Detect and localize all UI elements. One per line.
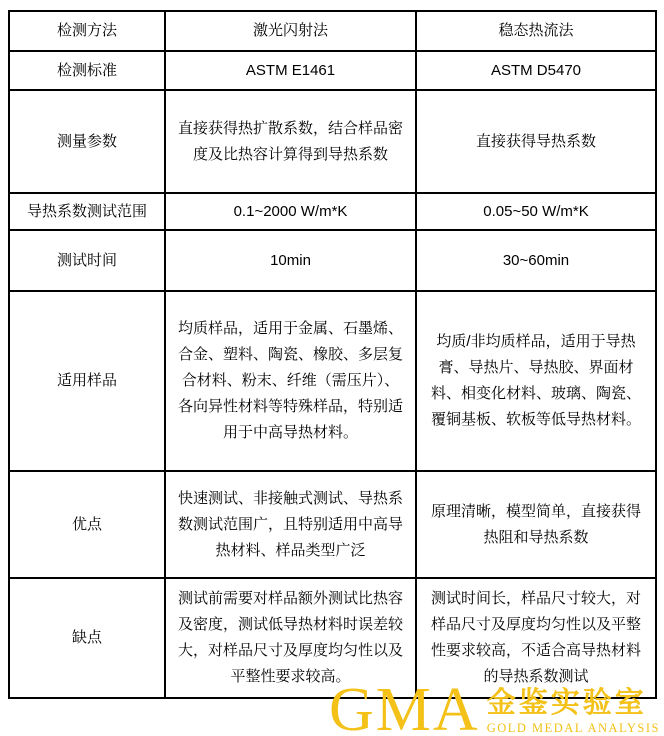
table-row-applicable-samples: 适用样品 均质样品，适用于金属、石墨烯、合金、塑料、陶瓷、橡胶、多层复合材料、粉… xyxy=(9,291,656,471)
row-label-measured-parameters: 测量参数 xyxy=(9,90,165,193)
row-label-applicable-samples: 适用样品 xyxy=(9,291,165,471)
cell-laser-flash-time: 10min xyxy=(165,230,416,291)
cell-steady-state-samples: 均质/非均质样品，适用于导热膏、导热片、导热胶、界面材料、相变化材料、玻璃、陶瓷… xyxy=(416,291,656,471)
cell-laser-flash-standard: ASTM E1461 xyxy=(165,51,416,90)
cell-laser-flash-parameters: 直接获得热扩散系数，结合样品密度及比热容计算得到导热系数 xyxy=(165,90,416,193)
row-label-detection-standard: 检测标准 xyxy=(9,51,165,90)
cell-laser-flash-method-name: 激光闪射法 xyxy=(165,11,416,51)
row-label-test-time: 测试时间 xyxy=(9,230,165,291)
thermal-test-method-comparison-table: 检测方法 激光闪射法 稳态热流法 检测标准 ASTM E1461 ASTM D5… xyxy=(8,10,657,699)
table-row-detection-method: 检测方法 激光闪射法 稳态热流法 xyxy=(9,11,656,51)
row-label-detection-method: 检测方法 xyxy=(9,11,165,51)
gma-logo-wordmark: 金鉴实验室 GOLD MEDAL ANALYSIS xyxy=(487,689,660,735)
cell-laser-flash-range: 0.1~2000 W/m*K xyxy=(165,193,416,230)
table-row-conductivity-range: 导热系数测试范围 0.1~2000 W/m*K 0.05~50 W/m*K xyxy=(9,193,656,230)
cell-steady-state-parameters: 直接获得导热系数 xyxy=(416,90,656,193)
cell-steady-state-standard: ASTM D5470 xyxy=(416,51,656,90)
cell-laser-flash-advantages: 快速测试、非接触式测试、导热系数测试范围广，且特别适用中高导热材料、样品类型广泛 xyxy=(165,471,416,578)
cell-steady-state-method-name: 稳态热流法 xyxy=(416,11,656,51)
row-label-disadvantages: 缺点 xyxy=(9,578,165,698)
table-row-measured-parameters: 测量参数 直接获得热扩散系数，结合样品密度及比热容计算得到导热系数 直接获得导热… xyxy=(9,90,656,193)
table-row-detection-standard: 检测标准 ASTM E1461 ASTM D5470 xyxy=(9,51,656,90)
comparison-table-wrap: 检测方法 激光闪射法 稳态热流法 检测标准 ASTM E1461 ASTM D5… xyxy=(8,10,657,699)
cell-steady-state-time: 30~60min xyxy=(416,230,656,291)
table-row-test-time: 测试时间 10min 30~60min xyxy=(9,230,656,291)
row-label-conductivity-range: 导热系数测试范围 xyxy=(9,193,165,230)
gma-logo-chinese-name: 金鉴实验室 xyxy=(487,689,660,718)
cell-steady-state-advantages: 原理清晰，模型简单，直接获得热阻和导热系数 xyxy=(416,471,656,578)
gma-logo-acronym: GMA xyxy=(329,686,480,734)
gma-logo: GMA 金鉴实验室 GOLD MEDAL ANALYSIS xyxy=(329,686,660,734)
table-row-advantages: 优点 快速测试、非接触式测试、导热系数测试范围广，且特别适用中高导热材料、样品类… xyxy=(9,471,656,578)
cell-laser-flash-samples: 均质样品，适用于金属、石墨烯、合金、塑料、陶瓷、橡胶、多层复合材料、粉末、纤维（… xyxy=(165,291,416,471)
cell-steady-state-range: 0.05~50 W/m*K xyxy=(416,193,656,230)
gma-logo-english-name: GOLD MEDAL ANALYSIS xyxy=(487,722,660,735)
row-label-advantages: 优点 xyxy=(9,471,165,578)
